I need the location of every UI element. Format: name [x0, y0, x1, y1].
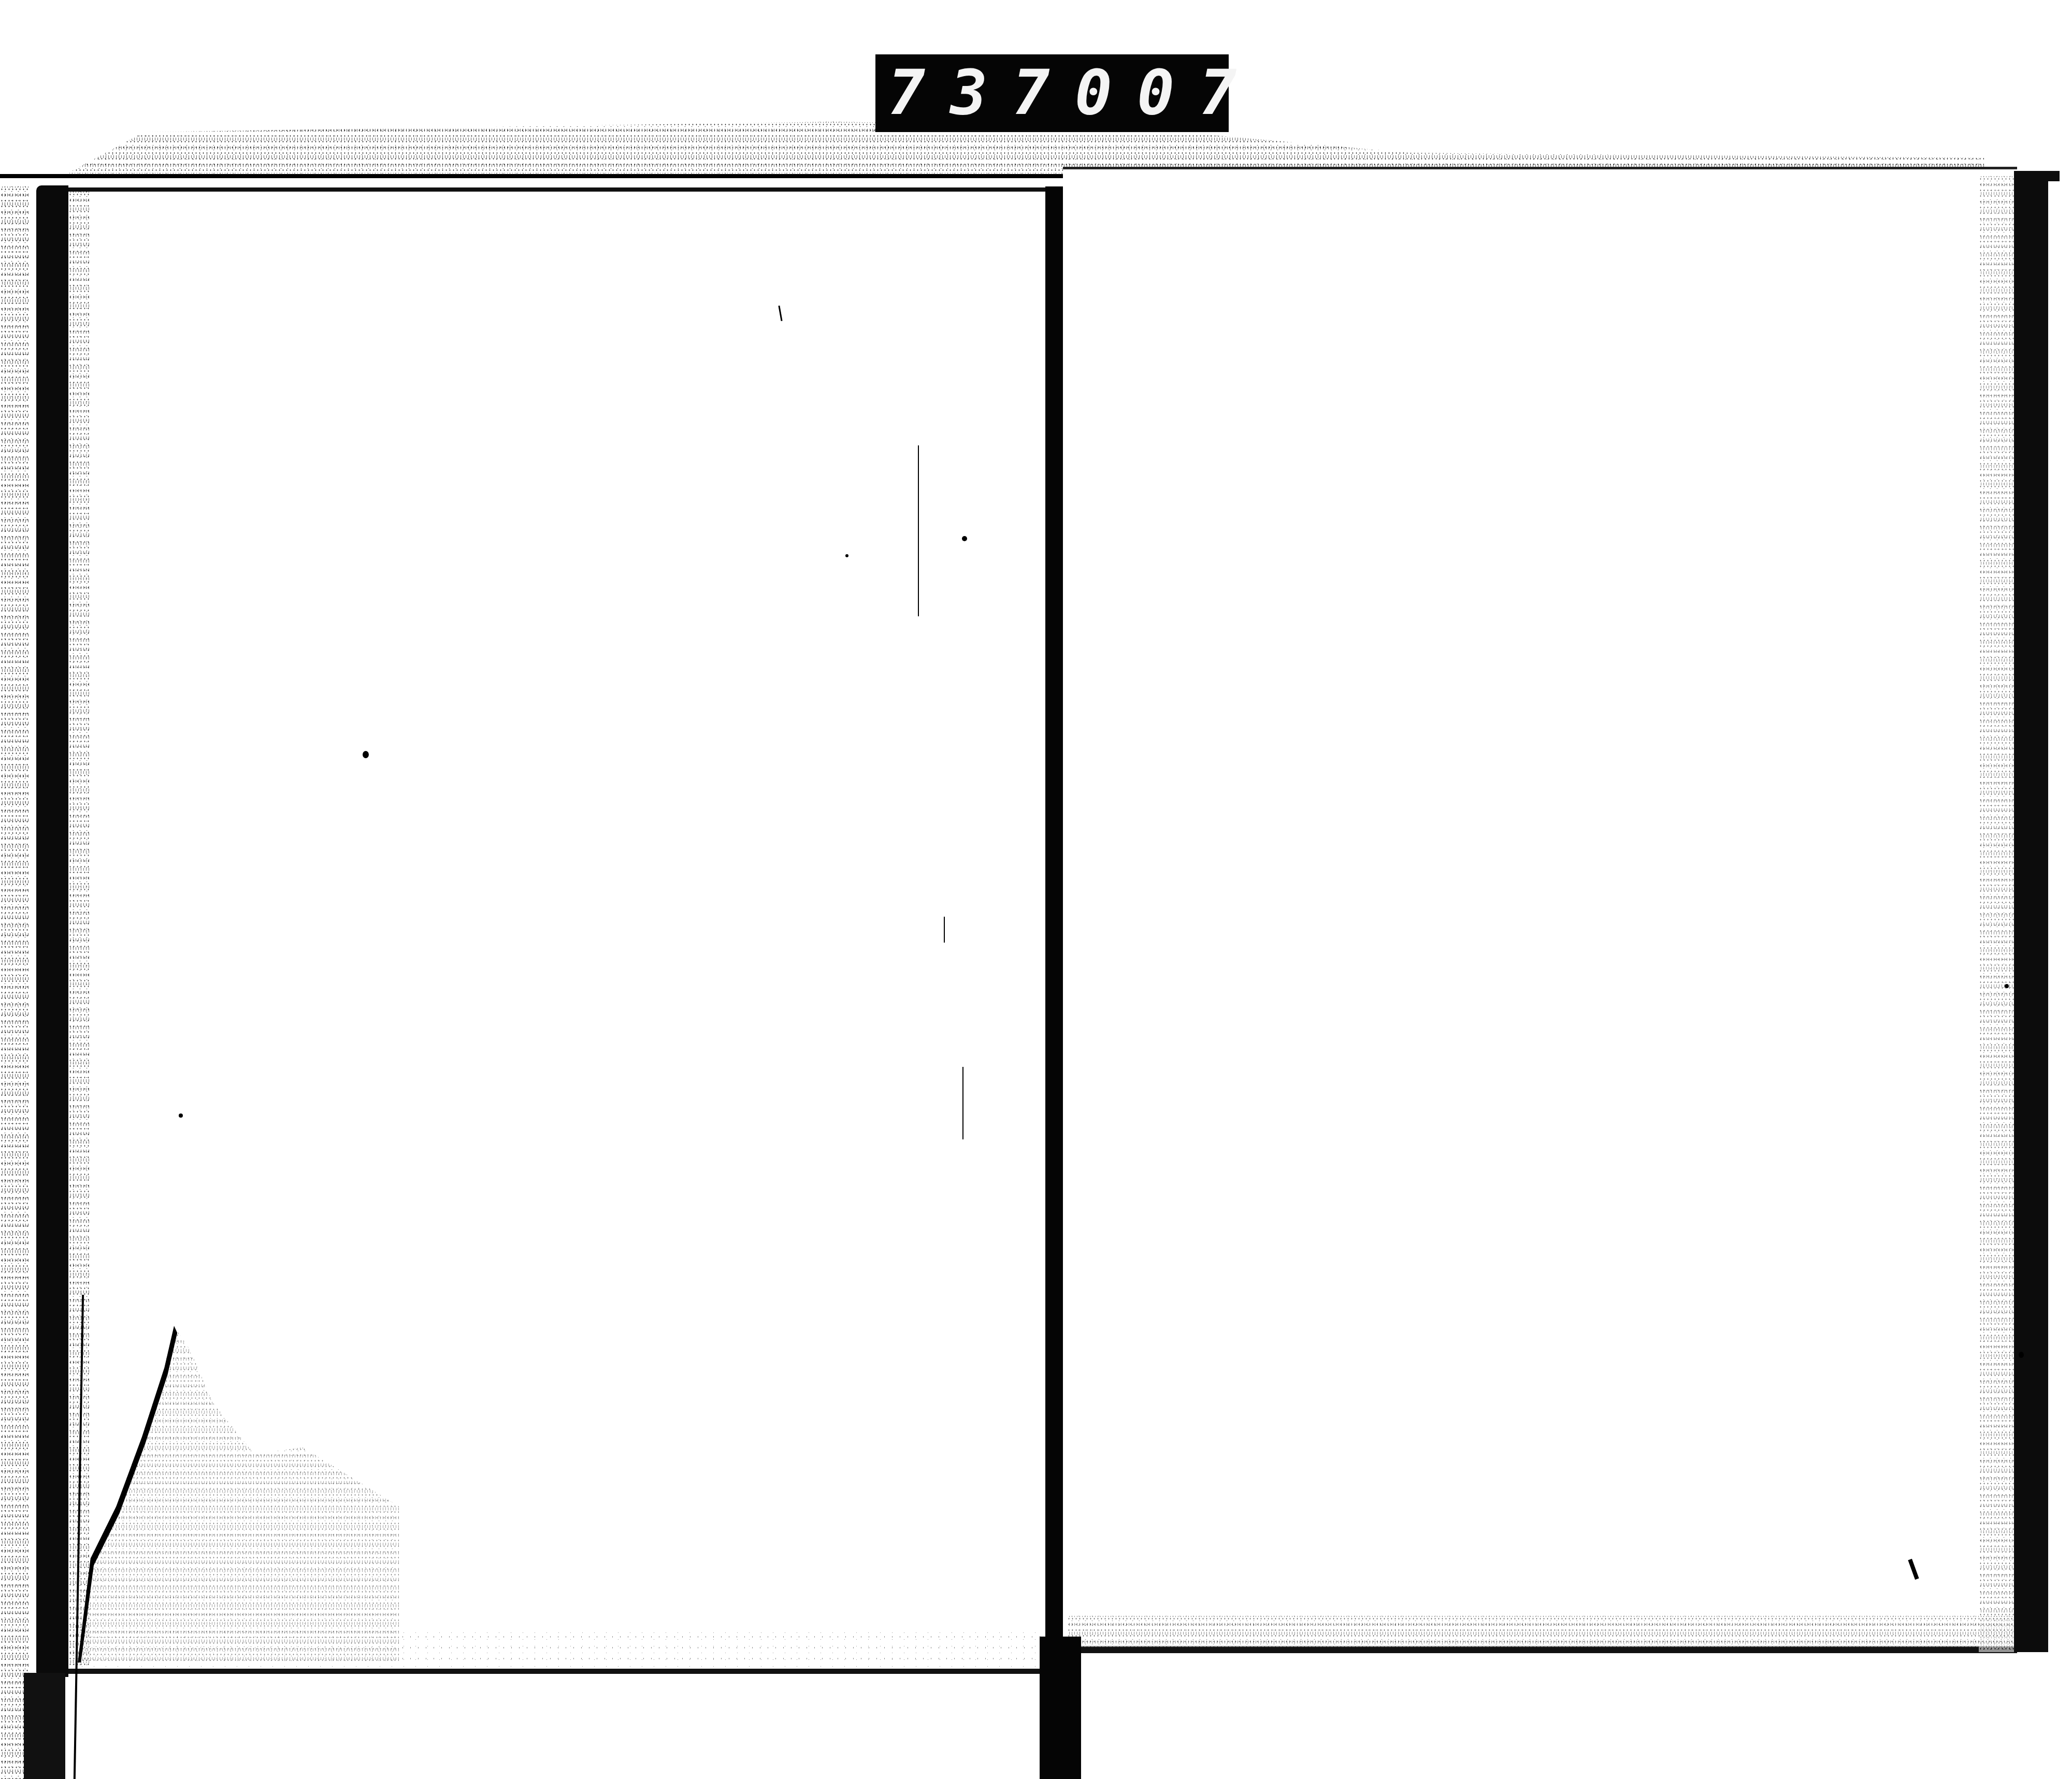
speck	[845, 554, 848, 557]
speck	[2019, 1352, 2024, 1358]
speck	[2005, 984, 2009, 988]
right-cover-corner	[2014, 171, 2060, 181]
right-page	[1063, 167, 2017, 1653]
left-cover-edge	[36, 185, 68, 1677]
speck	[179, 1113, 183, 1118]
book-spine	[1045, 186, 1063, 1652]
right-cover-edge	[2014, 171, 2048, 1652]
reel-number: 737	[888, 62, 1075, 124]
scratch	[918, 445, 919, 616]
speck	[962, 536, 967, 541]
microfilm-label: 737 007	[875, 54, 1229, 132]
left-cover-tail	[24, 1673, 65, 1779]
spine-binding-block	[1040, 1637, 1081, 1779]
frame-number: 007	[1075, 62, 1262, 124]
scratch	[944, 917, 945, 943]
speck	[363, 751, 369, 758]
right-page-edge-shade	[1979, 176, 2015, 1652]
scratch	[962, 1067, 963, 1139]
right-page-bottom-shade	[1067, 1616, 2015, 1647]
scan-noise-left	[0, 186, 30, 1779]
left-page-gutter-shade	[68, 192, 89, 1668]
